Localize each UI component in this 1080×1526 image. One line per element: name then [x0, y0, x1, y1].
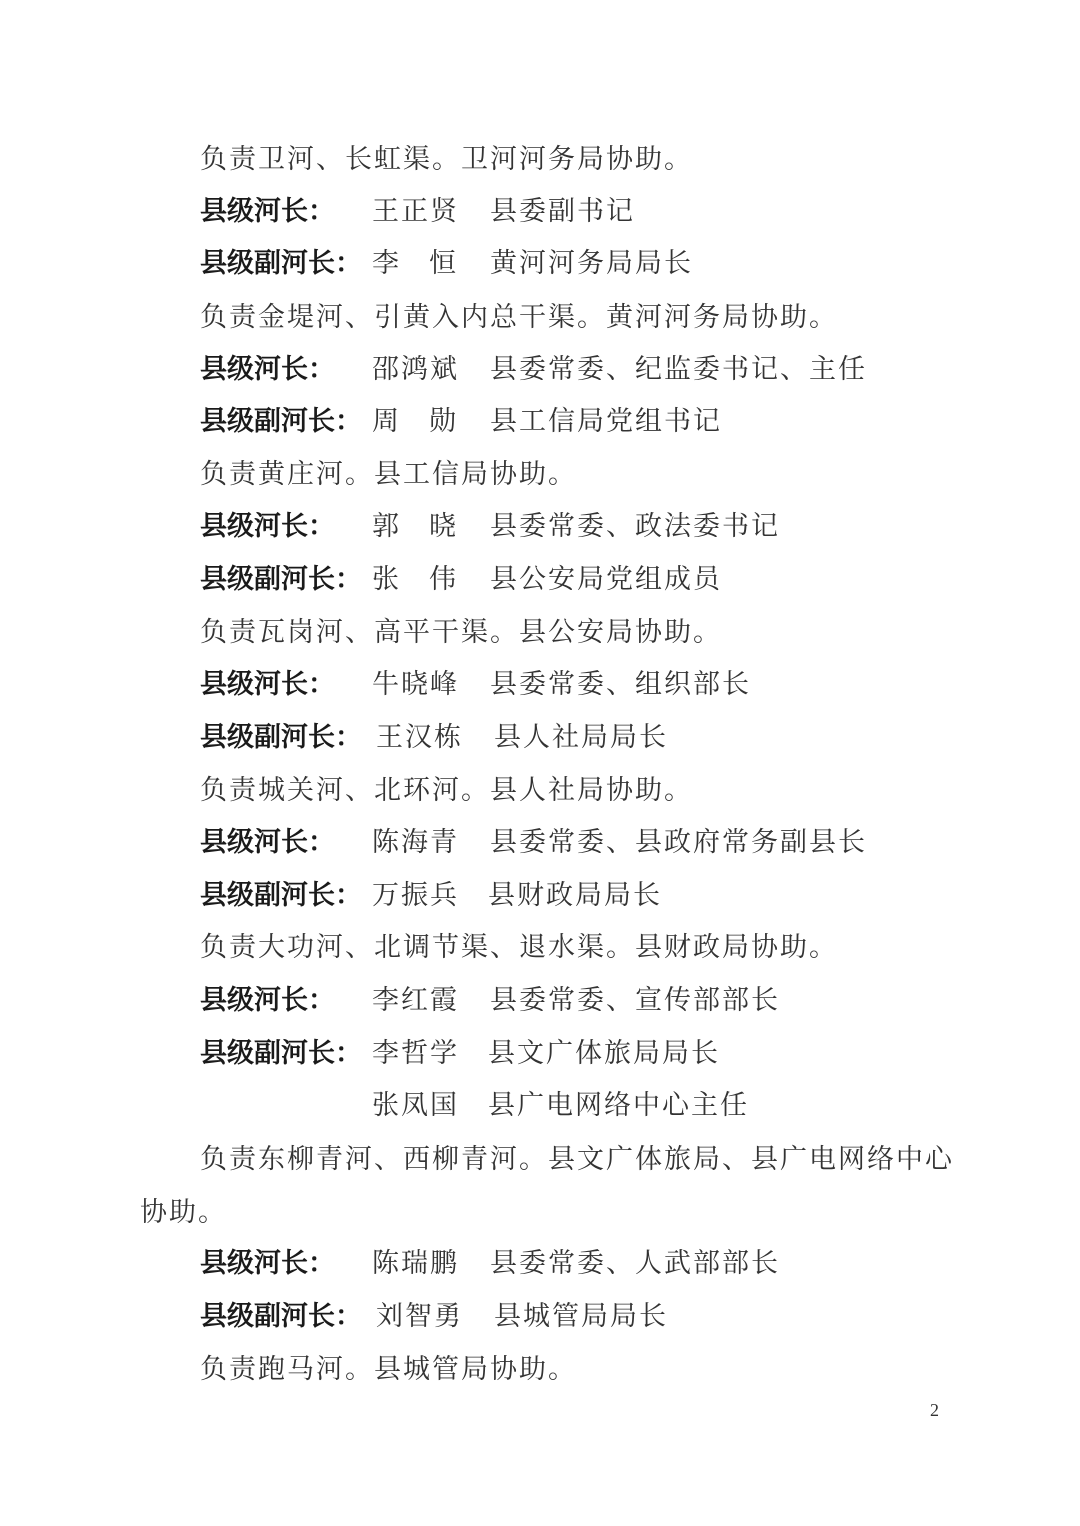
person-title: 县委常委、宣传部部长 [490, 975, 780, 1027]
responsibility-line: 负责黄庄河。县工信局协助。 [200, 449, 577, 501]
person-title: 县广电网络中心主任 [488, 1080, 749, 1132]
deputy-label: 县级副河长： [200, 554, 362, 606]
person-title: 县公安局党组成员 [490, 554, 722, 606]
person-title: 县委常委、组织部长 [490, 659, 751, 711]
responsibility-line-continuation: 协助。 [140, 1187, 227, 1239]
person-name: 牛晓峰 [372, 659, 459, 711]
chief-label: 县级河长： [200, 659, 335, 711]
person-name: 郭晓 [372, 501, 486, 553]
deputy-label: 县级副河长： [200, 712, 362, 764]
chief-label: 县级河长： [200, 975, 335, 1027]
person-title: 县委常委、县政府常务副县长 [490, 817, 867, 869]
deputy-row: 县级副河长： 刘智勇 县城管局局长 [200, 1291, 980, 1343]
responsibility-line: 负责跑马河。县城管局协助。 [200, 1344, 577, 1396]
person-title: 县财政局局长 [488, 870, 662, 922]
person-title: 黄河河务局局长 [490, 238, 693, 290]
responsibility-line: 负责城关河、北环河。县人社局协助。 [200, 765, 693, 817]
person-name: 陈海青 [372, 817, 459, 869]
chief-label: 县级河长： [200, 817, 335, 869]
person-title: 县委常委、人武部部长 [490, 1238, 780, 1290]
person-name: 邵鸿斌 [372, 344, 459, 396]
deputy-row: 县级副河长： 王汉栋 县人社局局长 [200, 712, 980, 764]
chief-label: 县级河长： [200, 344, 335, 396]
deputy-row: 县级副河长： 周勋 县工信局党组书记 [200, 396, 980, 448]
chief-row: 县级河长： 王正贤 县委副书记 [200, 186, 980, 238]
responsibility-line: 负责东柳青河、西柳青河。县文广体旅局、县广电网络中心 [200, 1134, 954, 1186]
person-name: 周勋 [372, 396, 486, 448]
deputy-label: 县级副河长： [200, 1291, 362, 1343]
chief-row: 县级河长： 郭晓 县委常委、政法委书记 [200, 501, 980, 553]
chief-label: 县级河长： [200, 186, 335, 238]
person-title: 县文广体旅局局长 [488, 1028, 720, 1080]
responsibility-line: 负责大功河、北调节渠、退水渠。县财政局协助。 [200, 922, 838, 974]
person-name: 刘智勇 [376, 1291, 463, 1343]
person-name: 张伟 [372, 554, 486, 606]
deputy-row: 县级副河长： 万振兵 县财政局局长 [200, 870, 980, 922]
person-title: 县城管局局长 [494, 1291, 668, 1343]
person-name: 王正贤 [372, 186, 459, 238]
page-number: 2 [930, 1398, 939, 1422]
person-name: 李红霞 [372, 975, 459, 1027]
person-title: 县工信局党组书记 [490, 396, 722, 448]
person-title: 县委常委、纪监委书记、主任 [490, 344, 867, 396]
chief-row: 县级河长： 牛晓峰 县委常委、组织部长 [200, 659, 980, 711]
person-name: 陈瑞鹏 [372, 1238, 459, 1290]
person-name: 张凤国 [372, 1080, 459, 1132]
responsibility-line: 负责瓦岗河、高平干渠。县公安局协助。 [200, 607, 722, 659]
person-name: 李恒 [372, 238, 486, 290]
document-page: 负责卫河、长虹渠。卫河河务局协助。 县级河长： 王正贤 县委副书记 县级副河长：… [0, 0, 1080, 1526]
chief-row: 县级河长： 邵鸿斌 县委常委、纪监委书记、主任 [200, 344, 980, 396]
deputy-label: 县级副河长： [200, 238, 362, 290]
deputy-label: 县级副河长： [200, 1028, 362, 1080]
chief-row: 县级河长： 陈瑞鹏 县委常委、人武部部长 [200, 1238, 980, 1290]
deputy-label: 县级副河长： [200, 870, 362, 922]
deputy-label: 县级副河长： [200, 396, 362, 448]
chief-label: 县级河长： [200, 1238, 335, 1290]
chief-row: 县级河长： 陈海青 县委常委、县政府常务副县长 [200, 817, 980, 869]
person-name: 万振兵 [372, 870, 459, 922]
person-title: 县委常委、政法委书记 [490, 501, 780, 553]
deputy-row: 县级副河长： 李哲学 县文广体旅局局长 [200, 1028, 980, 1080]
responsibility-line: 负责卫河、长虹渠。卫河河务局协助。 [200, 134, 693, 186]
person-title: 县委副书记 [490, 186, 635, 238]
responsibility-line: 负责金堤河、引黄入内总干渠。黄河河务局协助。 [200, 292, 838, 344]
person-name: 王汉栋 [376, 712, 463, 764]
deputy-row: 县级副河长： 李恒 黄河河务局局长 [200, 238, 980, 290]
deputy-row: 县级副河长： 张伟 县公安局党组成员 [200, 554, 980, 606]
chief-row: 县级河长： 李红霞 县委常委、宣传部部长 [200, 975, 980, 1027]
chief-label: 县级河长： [200, 501, 335, 553]
person-title: 县人社局局长 [494, 712, 668, 764]
deputy-extra-row: 张凤国 县广电网络中心主任 [200, 1080, 980, 1132]
person-name: 李哲学 [372, 1028, 459, 1080]
